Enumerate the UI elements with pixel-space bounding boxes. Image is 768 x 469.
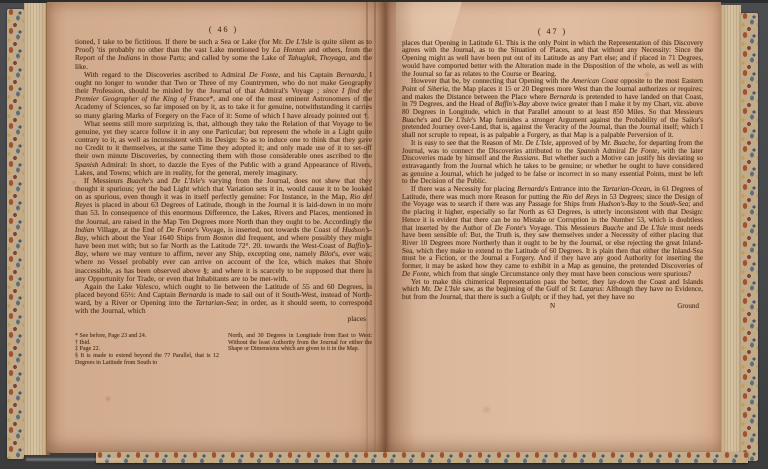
footnotes: * See before, Page 23 and 24.† Ibid.‡ Pa… [75, 333, 372, 368]
footnote-line: * See before, Page 23 and 24. [75, 333, 219, 340]
paragraph: What seems still more surprizing is, tha… [75, 120, 372, 177]
page-number-right: ( 47 ) [402, 28, 703, 36]
left-page-body: tioned, I take to be fictitious. If ther… [75, 38, 372, 315]
footnotes-left-column: * See before, Page 23 and 24.† Ibid.‡ Pa… [75, 333, 219, 368]
paragraph: However that be, by connecting that Open… [402, 78, 703, 140]
scan-watermark-line [26, 458, 122, 461]
catchword-right: Ground [677, 303, 699, 311]
marbled-bottom-edge [96, 452, 748, 463]
signature-line: N Ground [402, 303, 703, 312]
marbled-board-edge-right [741, 13, 758, 461]
gutter-crease-2 [374, 2, 376, 454]
paragraph: If Messieurs Buache's and De L'Isle's va… [75, 177, 372, 283]
paragraph: With regard to the Discoveries ascribed … [75, 71, 372, 120]
page-number-left: ( 46 ) [75, 26, 372, 34]
paragraph: If there was a Necessity for placing Ber… [402, 186, 703, 278]
paragraph: Again the Lake Valesco, which ought to l… [75, 283, 372, 316]
marbled-board-edge-left [7, 9, 24, 459]
page-block-edge-right [721, 5, 741, 455]
paragraph: It is easy to see that the Reason of Mr.… [402, 140, 703, 186]
right-page-text-column: ( 47 ) places that Opening in Latitude 6… [402, 28, 703, 312]
right-page-body: places that Opening in Latitude 61. This… [402, 40, 703, 302]
book-scan-background: ( 46 ) tioned, I take to be fictitious. … [0, 0, 768, 469]
left-page-text-column: ( 46 ) tioned, I take to be fictitious. … [75, 26, 372, 367]
signature-mark: N [550, 303, 555, 311]
paragraph: places that Opening in Latitude 61. This… [402, 40, 703, 79]
paragraph: Yet to make this chimerical Representati… [402, 279, 703, 302]
page-block-edge-left [24, 3, 47, 455]
footnote-line: § It is made to extend beyond the 77 Par… [75, 353, 219, 367]
catchword-left: places [75, 315, 372, 323]
paragraph: tioned, I take to be fictitious. If ther… [75, 38, 372, 71]
footnotes-right-column: North, and 30 Degrees in Longitude from … [228, 333, 372, 368]
